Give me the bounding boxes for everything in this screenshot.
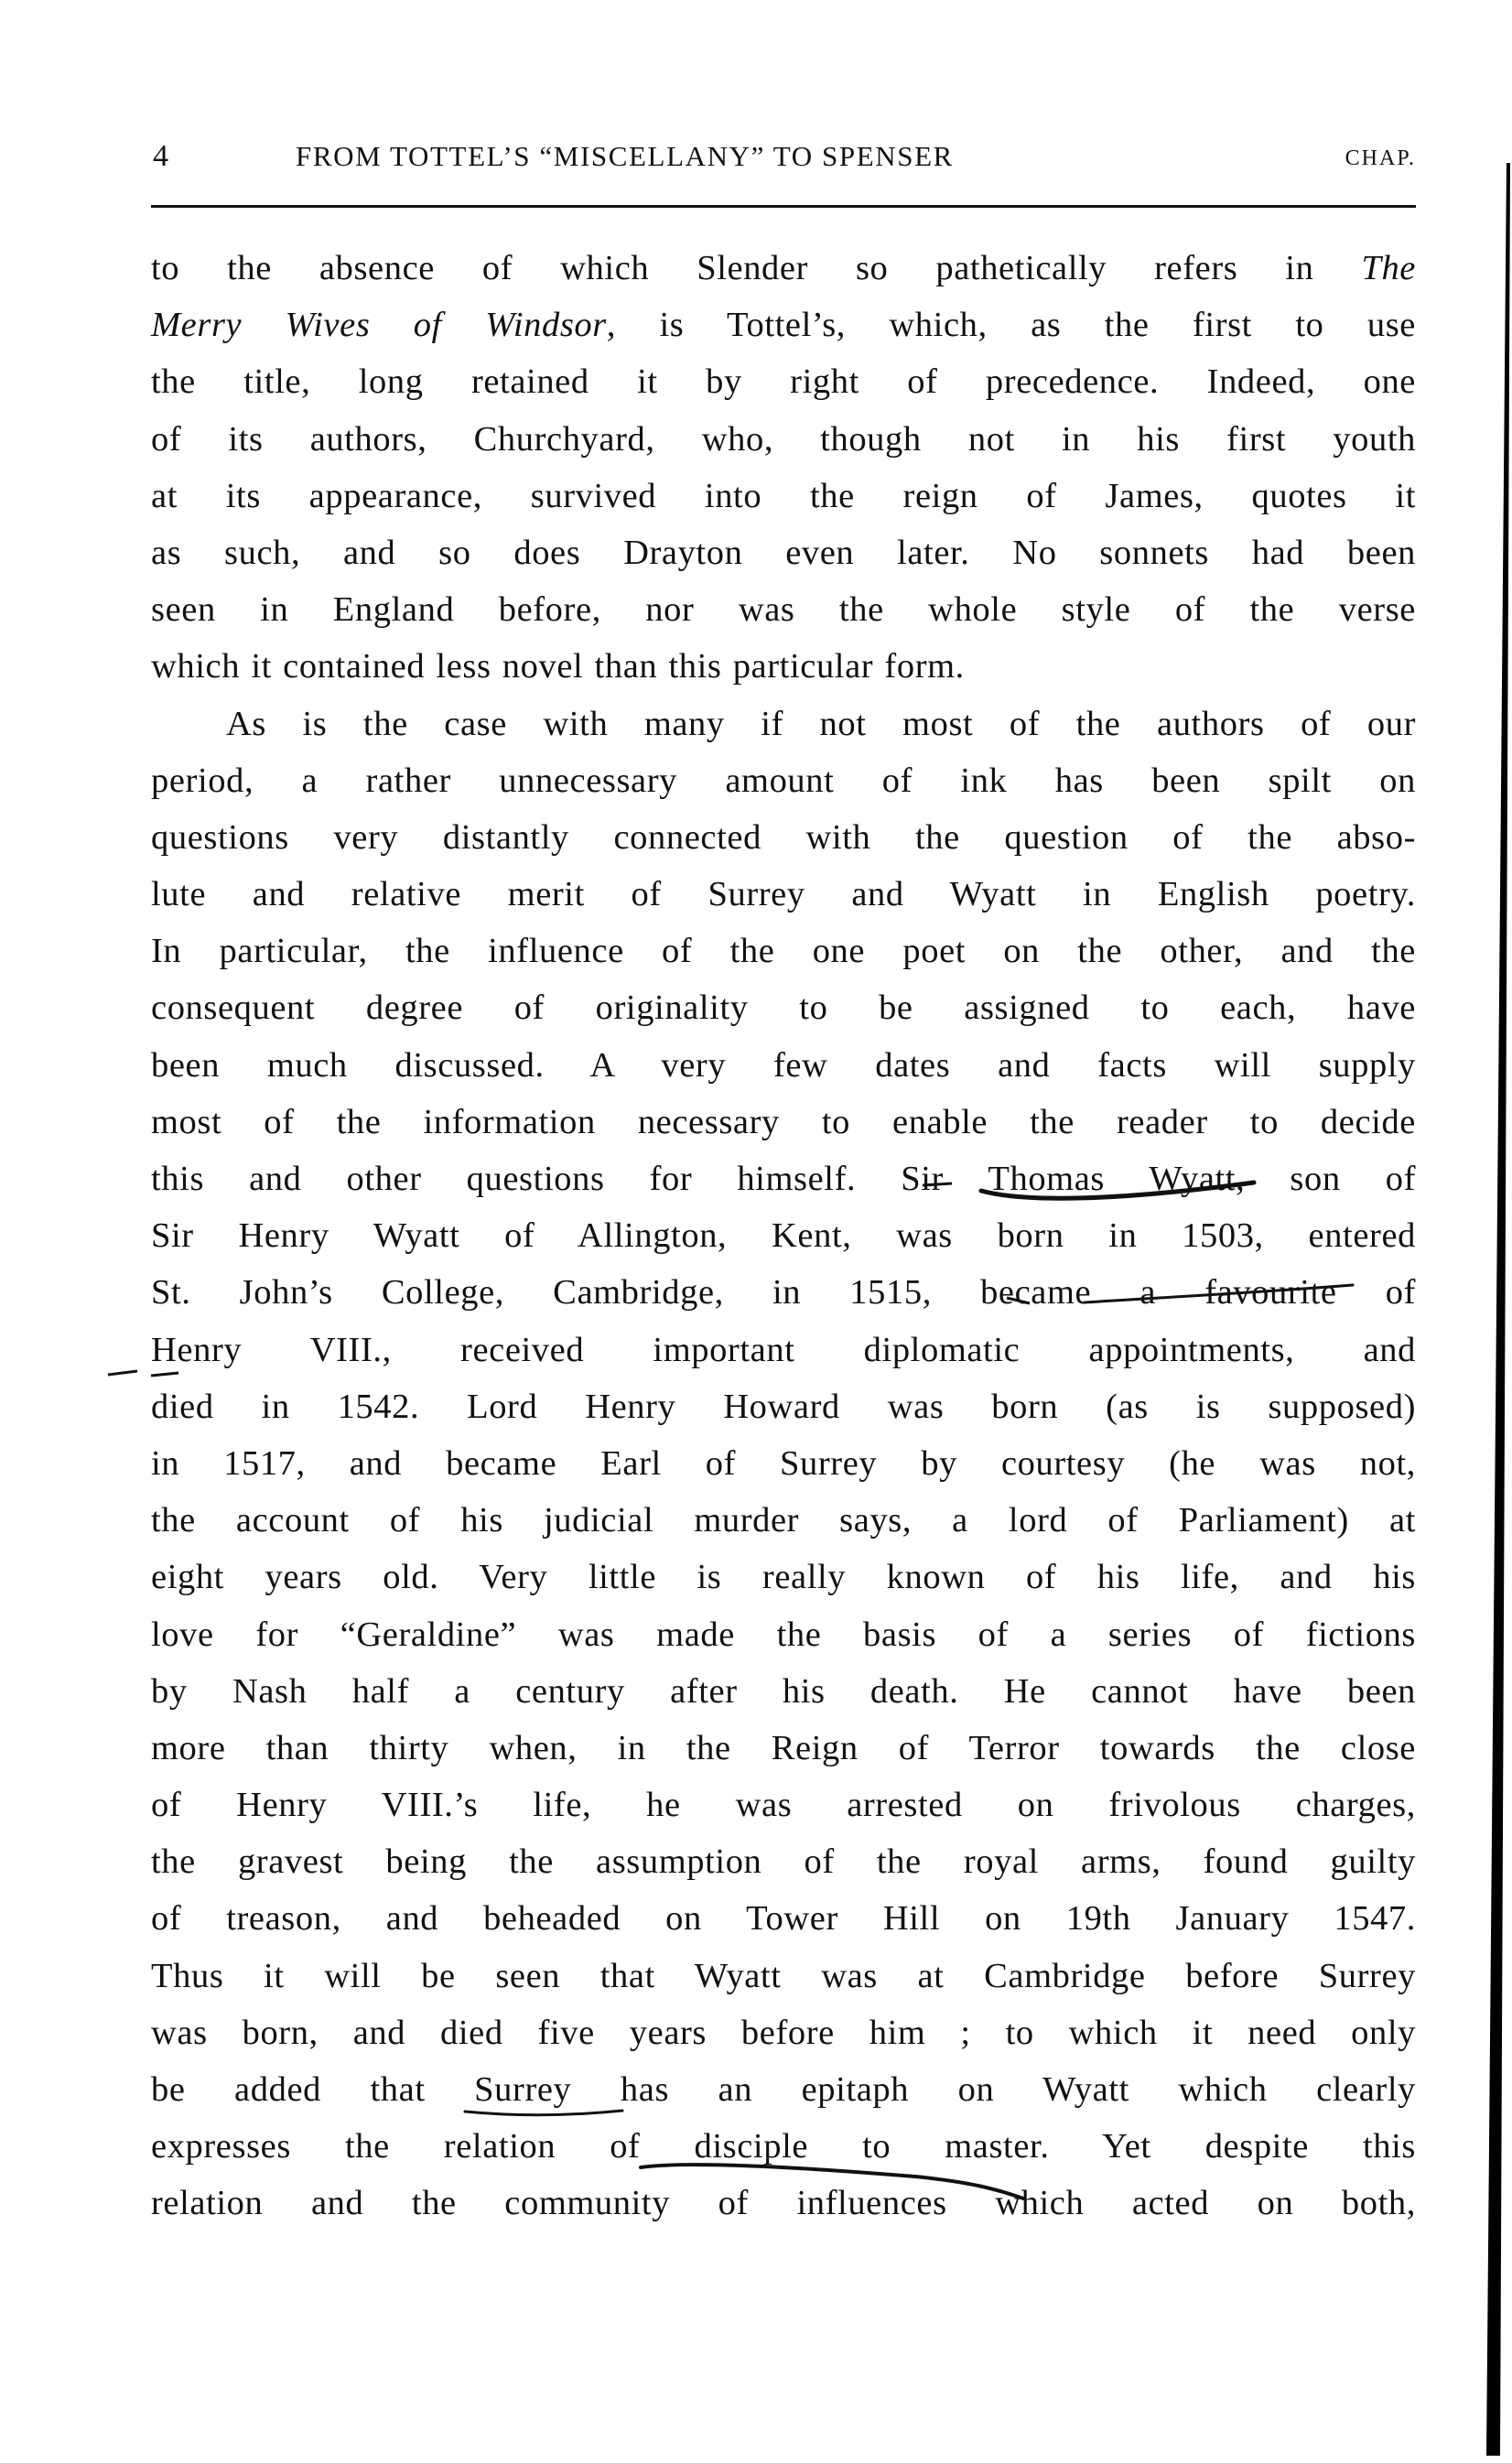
text-run: Henry VIII., received important diplomat… (151, 1331, 1416, 1369)
text-line: In particular, the influence of the one … (151, 923, 1416, 979)
text-line: the gravest being the assumption of the … (151, 1833, 1416, 1890)
text-line-content: most of the information necessary to ena… (151, 1094, 1416, 1150)
text-line-content: In particular, the influence of the one … (151, 923, 1416, 979)
text-line: Merry Wives of Windsor, is Tottel’s, whi… (151, 297, 1416, 353)
text-line-content: at its appearance, survived into the rei… (151, 468, 1416, 524)
text-line: this and other questions for himself. Si… (151, 1150, 1416, 1207)
text-run: eight years old. Very little is really k… (151, 1558, 1416, 1596)
text-line-content: more than thirty when, in the Reign of T… (151, 1720, 1416, 1777)
binding-edge-shadow (1485, 163, 1512, 2456)
text-line-content: consequent degree of originality to be a… (151, 979, 1416, 1036)
text-line-content: in 1517, and became Earl of Surrey by co… (151, 1435, 1416, 1492)
text-run: been much discussed. A very few dates an… (151, 1046, 1416, 1085)
text-run: period, a rather unnecessary amount of i… (151, 762, 1416, 800)
text-run: In particular, the influence of the one … (151, 932, 1416, 970)
text-line-content: expresses the relation of disciple to ma… (151, 2118, 1416, 2175)
text-line: be added that Surrey has an epitaph on W… (151, 2061, 1416, 2118)
page-header: 4 FROM TOTTEL’S “MISCELLANY” TO SPENSER … (151, 137, 1416, 176)
text-line: love for “Geraldine” was made the basis … (151, 1606, 1416, 1663)
text-run: the account of his judicial murder says,… (151, 1501, 1416, 1539)
text-line-content: seen in England before, nor was the whol… (151, 581, 1416, 638)
text-run: love for “Geraldine” was made the basis … (151, 1615, 1416, 1654)
text-line: of Henry VIII.’s life, he was arrested o… (151, 1777, 1416, 1833)
text-run: relation and the community of influences… (151, 2184, 1416, 2222)
text-run: as such, and so does Drayton even later.… (151, 534, 1416, 572)
text-run: at its appearance, survived into the rei… (151, 477, 1416, 515)
text-run: be added that Surrey has an epitaph on W… (151, 2070, 1416, 2109)
text-run: in 1517, and became Earl of Surrey by co… (151, 1444, 1416, 1483)
text-run: most of the information necessary to ena… (151, 1103, 1416, 1141)
text-line-content: by Nash half a century after his death. … (151, 1663, 1416, 1720)
text-run: of Henry VIII.’s life, he was arrested o… (151, 1786, 1416, 1824)
text-run: the title, long retained it by right of … (151, 362, 1416, 401)
text-run: Sir Henry Wyatt of Allington, Kent, was … (151, 1216, 1416, 1255)
body-text: to the absence of which Slender so pathe… (151, 240, 1416, 2232)
text-line-content: died in 1542. Lord Henry Howard was born… (151, 1378, 1416, 1435)
text-run: more than thirty when, in the Reign of T… (151, 1729, 1416, 1767)
text-line: at its appearance, survived into the rei… (151, 468, 1416, 524)
text-run: Thus it will be seen that Wyatt was at C… (151, 1957, 1416, 1995)
text-line: lute and relative merit of Surrey and Wy… (151, 866, 1416, 923)
text-line-content: as such, and so does Drayton even later.… (151, 524, 1416, 581)
text-line-content: of Henry VIII.’s life, he was arrested o… (151, 1777, 1416, 1833)
text-line-content: been much discussed. A very few dates an… (151, 1037, 1416, 1094)
text-line: was born, and died five years before him… (151, 2004, 1416, 2061)
text-line-content: of its authors, Churchyard, who, though … (151, 411, 1416, 468)
text-line-content: lute and relative merit of Surrey and Wy… (151, 866, 1416, 923)
text-line: Henry VIII., received important diplomat… (151, 1322, 1416, 1378)
text-line: eight years old. Very little is really k… (151, 1549, 1416, 1605)
text-run: died in 1542. Lord Henry Howard was born… (151, 1388, 1416, 1426)
text-line: which it contained less novel than this … (151, 638, 1416, 695)
text-line: consequent degree of originality to be a… (151, 979, 1416, 1036)
italic-title: Merry Wives of Windsor (151, 306, 607, 344)
text-line-content: was born, and died five years before him… (151, 2004, 1416, 2061)
text-run: lute and relative merit of Surrey and Wy… (151, 875, 1416, 913)
page-number: 4 (153, 137, 168, 176)
text-line: questions very distantly connected with … (151, 809, 1416, 866)
text-run: was born, and died five years before him… (151, 2014, 1416, 2052)
text-line: seen in England before, nor was the whol… (151, 581, 1416, 638)
text-run: questions very distantly connected with … (151, 818, 1416, 857)
text-line: As is the case with many if not most of … (151, 696, 1416, 752)
text-run: of its authors, Churchyard, who, though … (151, 420, 1416, 459)
text-line-content: As is the case with many if not most of … (226, 696, 1416, 752)
chapter-label: CHAP. (1345, 141, 1416, 176)
text-line: Thus it will be seen that Wyatt was at C… (151, 1948, 1416, 2004)
text-line: period, a rather unnecessary amount of i… (151, 752, 1416, 809)
text-line: most of the information necessary to ena… (151, 1094, 1416, 1150)
text-line: of treason, and beheaded on Tower Hill o… (151, 1890, 1416, 1947)
text-line-content: the title, long retained it by right of … (151, 353, 1416, 410)
text-run: As is the case with many if not most of … (226, 705, 1416, 743)
text-line: by Nash half a century after his death. … (151, 1663, 1416, 1720)
text-run: which it contained less novel than this … (151, 647, 965, 686)
text-line-content: Sir Henry Wyatt of Allington, Kent, was … (151, 1207, 1416, 1264)
text-line-content: Thus it will be seen that Wyatt was at C… (151, 1948, 1416, 2004)
text-line: St. John’s College, Cambridge, in 1515, … (151, 1264, 1416, 1321)
text-run: consequent degree of originality to be a… (151, 988, 1416, 1027)
header-rule (151, 205, 1416, 208)
text-line-content: of treason, and beheaded on Tower Hill o… (151, 1890, 1416, 1947)
text-line-content: to the absence of which Slender so pathe… (151, 240, 1416, 297)
text-run: expresses the relation of disciple to ma… (151, 2127, 1416, 2166)
text-run: to the absence of which Slender so pathe… (151, 249, 1361, 287)
text-line-content: love for “Geraldine” was made the basis … (151, 1606, 1416, 1663)
text-line: as such, and so does Drayton even later.… (151, 524, 1416, 581)
text-run: of treason, and beheaded on Tower Hill o… (151, 1899, 1416, 1938)
text-line-content: Merry Wives of Windsor, is Tottel’s, whi… (151, 297, 1416, 353)
text-line-content: be added that Surrey has an epitaph on W… (151, 2061, 1416, 2118)
text-line-content: this and other questions for himself. Si… (151, 1150, 1416, 1207)
text-line-content: eight years old. Very little is really k… (151, 1549, 1416, 1605)
italic-title: The (1361, 249, 1416, 287)
text-line-content: questions very distantly connected with … (151, 809, 1416, 866)
text-run: the gravest being the assumption of the … (151, 1842, 1416, 1881)
text-line-content: period, a rather unnecessary amount of i… (151, 752, 1416, 809)
text-line: the title, long retained it by right of … (151, 353, 1416, 410)
running-title: FROM TOTTEL’S “MISCELLANY” TO SPENSER (296, 137, 954, 176)
text-line: died in 1542. Lord Henry Howard was born… (151, 1378, 1416, 1435)
text-line: to the absence of which Slender so pathe… (151, 240, 1416, 297)
text-line: been much discussed. A very few dates an… (151, 1037, 1416, 1094)
text-line-content: relation and the community of influences… (151, 2175, 1416, 2231)
text-line: of its authors, Churchyard, who, though … (151, 411, 1416, 468)
text-line: more than thirty when, in the Reign of T… (151, 1720, 1416, 1777)
text-line: the account of his judicial murder says,… (151, 1492, 1416, 1549)
text-run: seen in England before, nor was the whol… (151, 590, 1416, 629)
text-line-content: Henry VIII., received important diplomat… (151, 1322, 1416, 1378)
text-run: by Nash half a century after his death. … (151, 1672, 1416, 1711)
text-run: this and other questions for himself. Si… (151, 1160, 1416, 1198)
text-line-content: which it contained less novel than this … (151, 638, 1416, 695)
text-line-content: St. John’s College, Cambridge, in 1515, … (151, 1264, 1416, 1321)
text-line-content: the gravest being the assumption of the … (151, 1833, 1416, 1890)
text-run: St. John’s College, Cambridge, in 1515, … (151, 1273, 1416, 1312)
text-line: expresses the relation of disciple to ma… (151, 2118, 1416, 2175)
text-run: , is Tottel’s, which, as the first to us… (607, 306, 1416, 344)
text-line-content: the account of his judicial murder says,… (151, 1492, 1416, 1549)
text-line: Sir Henry Wyatt of Allington, Kent, was … (151, 1207, 1416, 1264)
text-line: in 1517, and became Earl of Surrey by co… (151, 1435, 1416, 1492)
text-line: relation and the community of influences… (151, 2175, 1416, 2231)
